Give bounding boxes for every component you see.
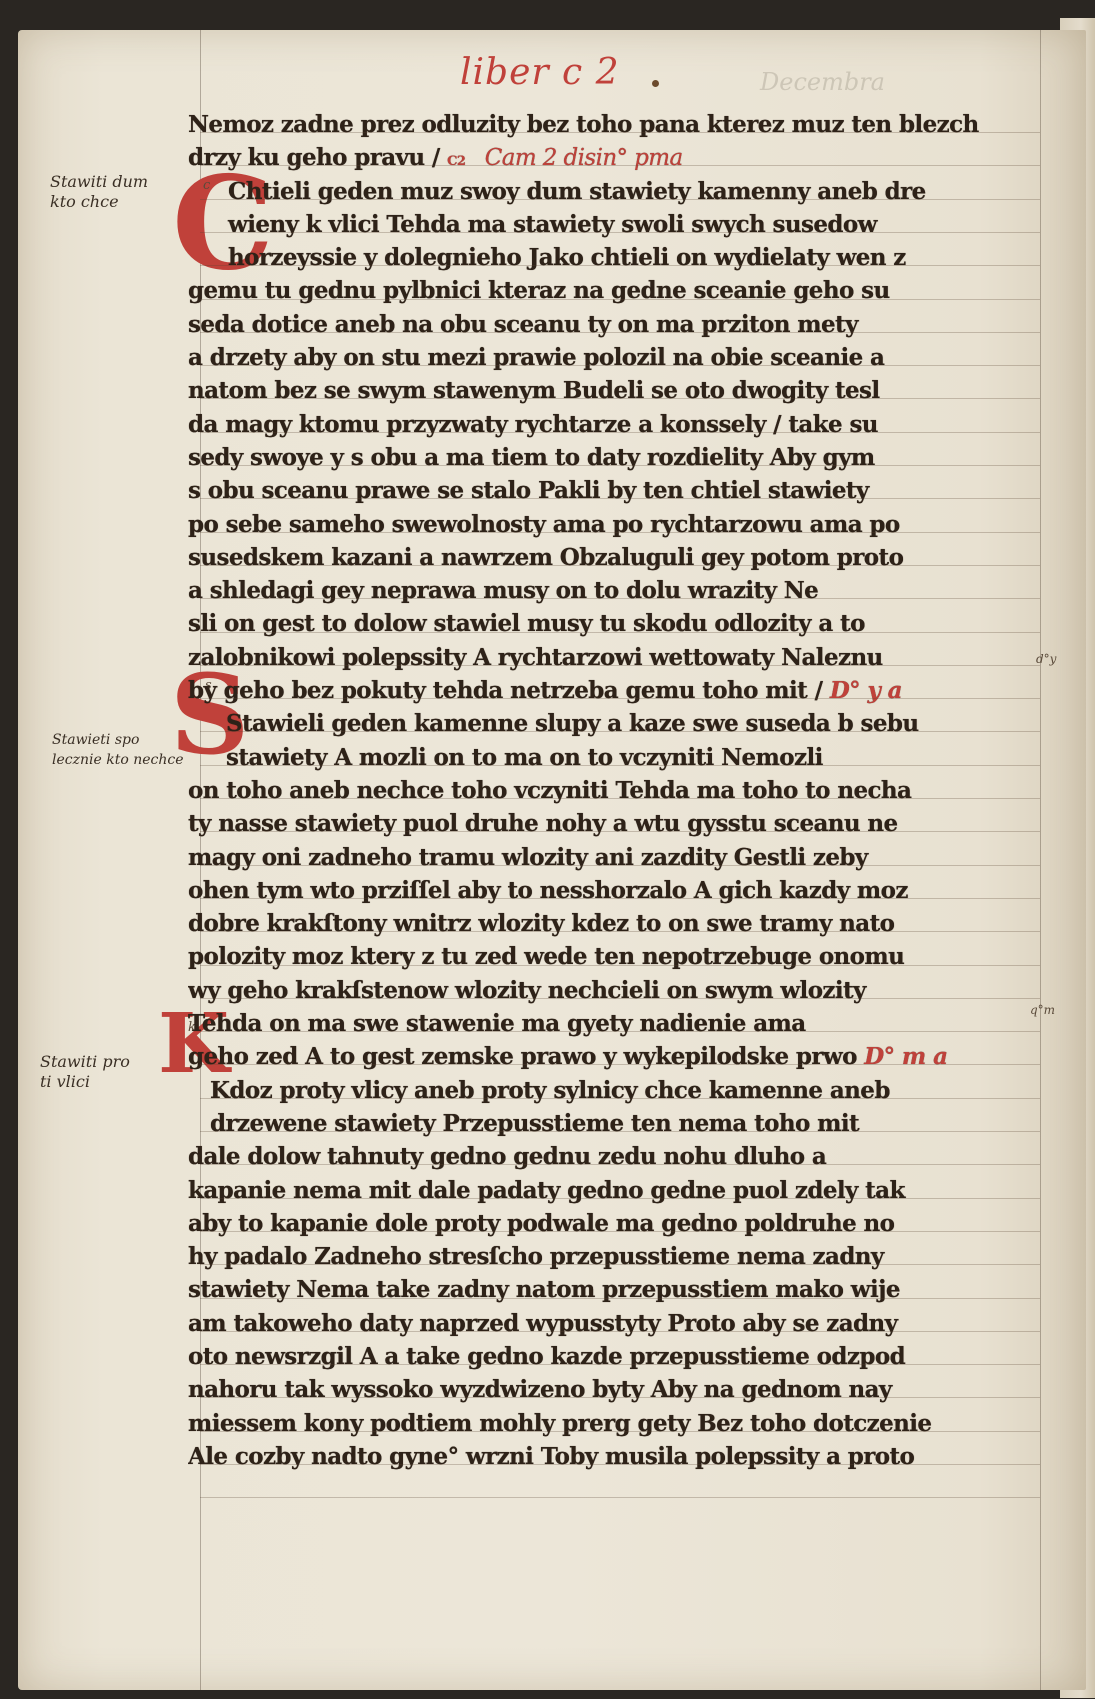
- ruling-line: [200, 998, 1040, 999]
- text-line: seda dotice aneb na obu sceanu ty on ma …: [188, 308, 1048, 341]
- text-line: po sebe sameho swewolnosty ama po rychta…: [188, 508, 1048, 541]
- text-line: gemu tu gednu pylbnici kteraz na gedne s…: [188, 274, 1048, 307]
- text-line: kapanie nema mit dale padaty gedno gedne…: [188, 1174, 1048, 1207]
- ruling-line: [200, 532, 1040, 533]
- text-line: s obu sceanu prawe se stalo Pakli by ten…: [188, 474, 1048, 507]
- text-line: polozity moz ktery z tu zed wede ten nep…: [188, 940, 1048, 973]
- ruling-line: [200, 398, 1040, 399]
- text-line: ohen tym wto prziſſel aby to nesshorzalo…: [188, 874, 1048, 907]
- ruling-line: [200, 731, 1040, 732]
- chapter-rubric: Cam 2 disin° pma: [485, 145, 683, 171]
- offset-show-through-text: Decembra: [760, 68, 885, 96]
- text-line: Tehda on ma swe stawenie ma gyety nadien…: [188, 1007, 1048, 1040]
- ruling-line: [200, 432, 1040, 433]
- text-line: stawiety Nema take zadny natom przepusst…: [188, 1273, 1048, 1306]
- ruling-line: [200, 1031, 1040, 1032]
- text-line: nahoru tak wyssoko wyzdwizeno byty Aby n…: [188, 1373, 1048, 1406]
- ruling-line: [200, 498, 1040, 499]
- text-line: a drzety aby on stu mezi prawie polozil …: [188, 341, 1048, 374]
- running-head: liber c 2: [460, 52, 620, 93]
- ruling-line: [200, 632, 1040, 633]
- ruling-line: [200, 865, 1040, 866]
- ruling-line: [200, 898, 1040, 899]
- text-line: hy padalo Zadneho stresſcho przepusstiem…: [188, 1240, 1048, 1273]
- ruling-line: [200, 232, 1040, 233]
- text-line: wy geho krakſstenow wlozity nechcieli on…: [188, 974, 1048, 1007]
- text-line: Chtieli geden muz swoy dum stawiety kame…: [188, 175, 1048, 208]
- text-line: am takoweho daty naprzed wypusstyty Prot…: [188, 1307, 1048, 1340]
- text-line: geho zed A to gest zemske prawo y wykepi…: [188, 1040, 1048, 1073]
- text-line: aby to kapanie dole proty podwale ma ged…: [188, 1207, 1048, 1240]
- ruling-line: [200, 798, 1040, 799]
- ruling-line: [200, 665, 1040, 666]
- margin-note-1: Stawiti dum kto chce: [50, 172, 148, 212]
- text-line: susedskem kazani a nawrzem Obzaluguli ge…: [188, 541, 1048, 574]
- main-text-column: Nemoz zadne prez odluzity bez toho pana …: [188, 108, 1048, 1473]
- text-line: dale dolow tahnuty gedno gednu zedu nohu…: [188, 1140, 1048, 1173]
- text-line: a shledagi gey neprawa musy on to dolu w…: [188, 574, 1048, 607]
- text-line: miessem kony podtiem mohly prerg gety Be…: [188, 1407, 1048, 1440]
- ruling-line: [200, 1397, 1040, 1398]
- chapter-mark: D° m a: [864, 1043, 947, 1070]
- text-line: by geho bez pokuty tehda netrzeba gemu t…: [188, 674, 1048, 707]
- text-line: zalobnikowi polepssity A rychtarzowi wet…: [188, 641, 1048, 674]
- text-line: magy oni zadneho tramu wlozity ani zazdi…: [188, 841, 1048, 874]
- text-line: Nemoz zadne prez odluzity bez toho pana …: [188, 108, 1048, 141]
- text-line: drzy ku geho pravu / C2 Cam 2 disin° pma: [188, 141, 1048, 174]
- text-line: wieny k vlici Tehda ma stawiety swoli sw…: [188, 208, 1048, 241]
- ruling-line: [200, 1431, 1040, 1432]
- ruling-line: [200, 1064, 1040, 1065]
- ruling-line: [200, 365, 1040, 366]
- ruling-line: [200, 598, 1040, 599]
- text-line: natom bez se swym stawenym Budeli se oto…: [188, 374, 1048, 407]
- text-line: dobre krakſtony wnitrz wlozity kdez to o…: [188, 907, 1048, 940]
- ruling-line: [200, 1164, 1040, 1165]
- ruling-line: [200, 332, 1040, 333]
- ruling-line: [200, 132, 1040, 133]
- text-line: sli on gest to dolow stawiel musy tu sko…: [188, 607, 1048, 640]
- ruling-line: [200, 1198, 1040, 1199]
- ruling-line: [200, 1231, 1040, 1232]
- text-line: da magy ktomu przyzwaty rychtarze a kons…: [188, 408, 1048, 441]
- text-line: stawiety A mozli on to ma on to vczyniti…: [188, 741, 1048, 774]
- ruling-line: [200, 299, 1040, 300]
- ruling-line: [200, 1464, 1040, 1465]
- text-line: drzewene stawiety Przepusstieme ten nema…: [188, 1107, 1048, 1140]
- ruling-line: [200, 265, 1040, 266]
- margin-note-3: Stawiti pro ti vlici: [40, 1052, 130, 1092]
- ruling-line: [200, 465, 1040, 466]
- text-line: Kdoz proty vlicy aneb proty sylnicy chce…: [188, 1074, 1048, 1107]
- ruling-line: [200, 1497, 1040, 1498]
- ruling-line: [200, 1364, 1040, 1365]
- margin-note-2: Stawieti spo lecznie kto nechce: [52, 730, 183, 770]
- ruling-line: [200, 1331, 1040, 1332]
- text-line: on toho aneb nechce toho vczyniti Tehda …: [188, 774, 1048, 807]
- ruling-line: [200, 965, 1040, 966]
- ruling-line: [200, 1098, 1040, 1099]
- ruling-line: [200, 765, 1040, 766]
- ruling-line: [200, 1298, 1040, 1299]
- text-line: horzeyssie y dolegnieho Jako chtieli on …: [188, 241, 1048, 274]
- text-line: Stawieli geden kamenne slupy a kaze swe …: [188, 707, 1048, 740]
- chapter-mark: D° y a: [830, 677, 902, 704]
- text-line: ty nasse stawiety puol druhe nohy a wtu …: [188, 807, 1048, 840]
- guide-note: C2: [447, 154, 465, 169]
- ruling-line: [200, 199, 1040, 200]
- ruling-line: [200, 1264, 1040, 1265]
- ink-spot: [652, 80, 659, 87]
- text-line: oto newsrzgil A a take gedno kazde przep…: [188, 1340, 1048, 1373]
- text-line: Ale cozby nadto gyne° wrzni Toby musila …: [188, 1440, 1048, 1473]
- ruling-line: [200, 831, 1040, 832]
- ruling-line: [200, 698, 1040, 699]
- ruling-line: [200, 1131, 1040, 1132]
- ruling-line: [200, 565, 1040, 566]
- ruling-line: [200, 931, 1040, 932]
- text-line: sedy swoye y s obu a ma tiem to daty roz…: [188, 441, 1048, 474]
- ruling-line: [200, 165, 1040, 166]
